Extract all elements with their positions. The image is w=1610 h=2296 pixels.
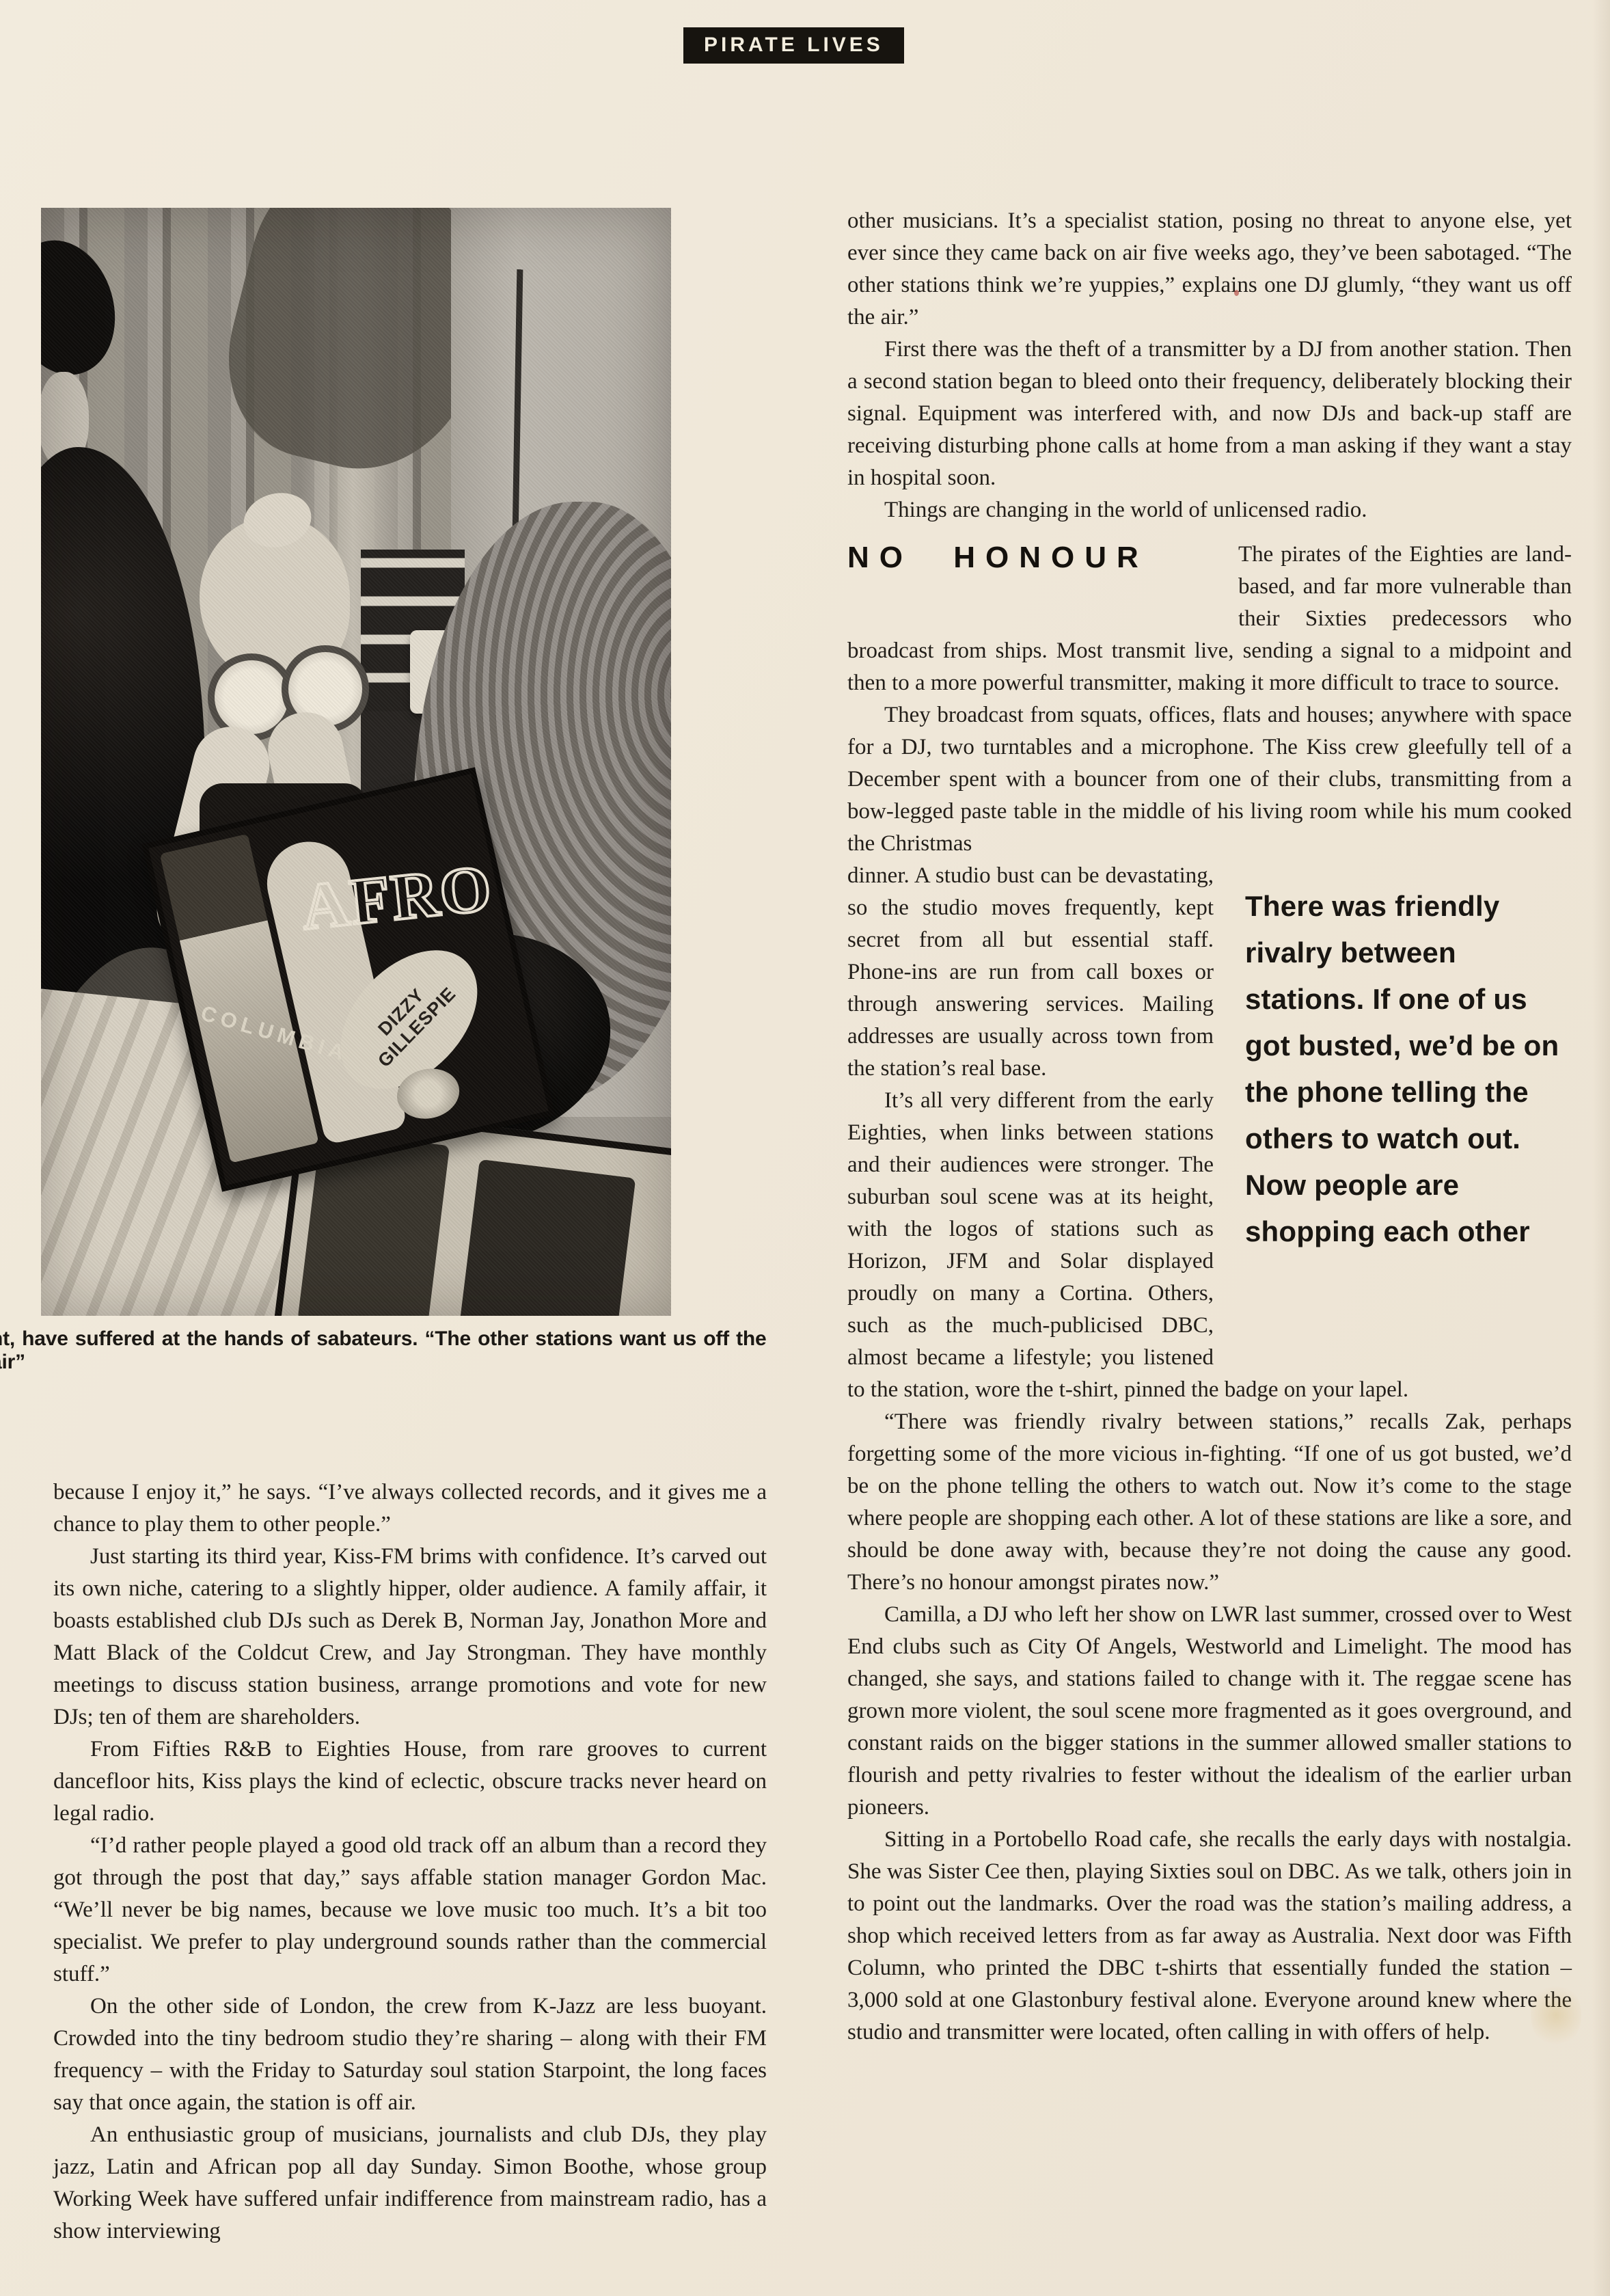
- body-paragraph: Just starting its third year, Kiss-FM br…: [53, 1541, 767, 1733]
- photo-caption: nt, have suffered at the hands of sabate…: [0, 1327, 783, 1374]
- no-honour-section: NO HONOUR The pirates of the Eighties ar…: [847, 539, 1572, 699]
- article-photo: AFRO DIZZY GILLESPIE COLUMBIA: [41, 208, 671, 1316]
- body-paragraph: First there was the theft of a transmitt…: [847, 334, 1572, 494]
- pull-quote: There was friendly rivalry between stati…: [1236, 863, 1572, 1370]
- photo-vignette: [41, 208, 671, 1316]
- body-paragraph: They broadcast from squats, offices, fla…: [847, 699, 1572, 860]
- body-paragraph: Sitting in a Portobello Road cafe, she r…: [847, 1824, 1572, 2049]
- print-showthrough: [888, 1463, 1503, 1572]
- body-paragraph: From Fifties R&B to Eighties House, from…: [53, 1733, 767, 1830]
- body-paragraph: other musicians. It’s a specialist stati…: [847, 205, 1572, 334]
- body-paragraph: “I’d rather people played a good old tra…: [53, 1830, 767, 1990]
- body-paragraph: On the other side of London, the crew fr…: [53, 1990, 767, 2119]
- body-paragraph: Camilla, a DJ who left her show on LWR l…: [847, 1599, 1572, 1824]
- magazine-page: PIRATE LIVES AFRO DIZZY: [0, 0, 1610, 2296]
- pull-quote-text: There was friendly rivalry between stati…: [1245, 883, 1572, 1255]
- page-edge-shadow: [1592, 0, 1610, 2296]
- body-paragraph: Things are changing in the world of unli…: [847, 494, 1572, 526]
- ink-speck: [1234, 290, 1239, 296]
- section-heading: NO HONOUR: [847, 539, 1238, 604]
- paper-stain: [1531, 1982, 1581, 2048]
- body-paragraph: because I enjoy it,” he says. “I’ve alwa…: [53, 1476, 767, 1541]
- body-paragraph: An enthusiastic group of musicians, jour…: [53, 2119, 767, 2247]
- left-column: because I enjoy it,” he says. “I’ve alwa…: [53, 1476, 767, 2247]
- section-tag-badge: PIRATE LIVES: [683, 27, 904, 64]
- right-column: other musicians. It’s a specialist stati…: [847, 205, 1572, 2049]
